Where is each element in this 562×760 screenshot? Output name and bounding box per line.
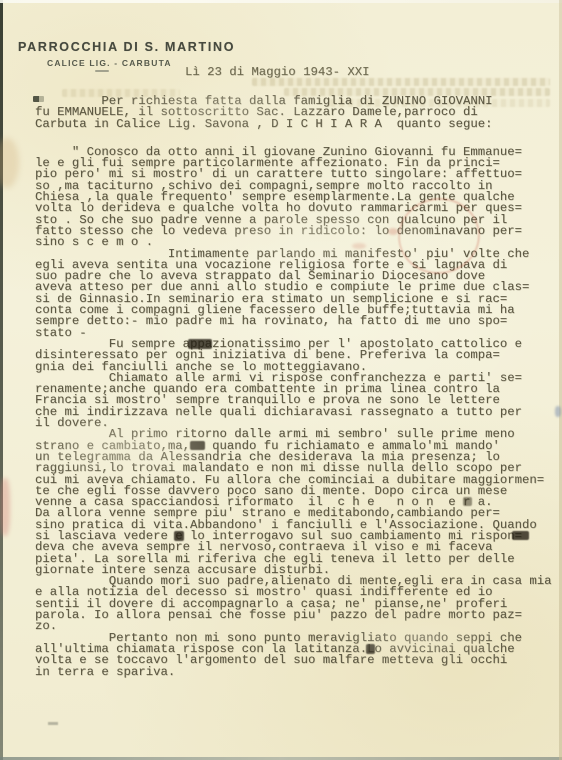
red-stamp-speck xyxy=(352,243,366,249)
red-stamp-speck xyxy=(388,228,398,235)
scan-edge-left xyxy=(0,0,3,760)
overstrike-smudge xyxy=(188,339,212,349)
letterhead-parish-name: PARROCCHIA DI S. MARTINO xyxy=(18,40,235,54)
paper-stain xyxy=(0,478,10,536)
overstrike-smudge xyxy=(190,441,205,450)
overstrike-smudge xyxy=(366,644,375,654)
letter-body: Per richiesta fatta dalla famiglia di ZU… xyxy=(35,96,557,678)
paper-mark xyxy=(48,722,58,725)
scan-edge-top xyxy=(0,0,562,3)
ink-bleed-line xyxy=(252,78,550,86)
paper-stain xyxy=(0,138,19,188)
letter-page: PARROCCHIA DI S. MARTINO CALICE LIG. - C… xyxy=(0,0,562,760)
overstrike-smudge xyxy=(512,531,529,540)
intro-paragraph: Per richiesta fatta dalla famiglia di ZU… xyxy=(35,96,557,130)
overstrike-smudge xyxy=(174,531,184,541)
date-line: Lì 23 di Maggio 1943- XXI xyxy=(185,67,369,78)
letterhead-divider xyxy=(95,70,109,72)
overstrike-smudge xyxy=(463,497,472,506)
letterhead-place: CALICE LIG. - CARBUTA xyxy=(47,58,172,68)
